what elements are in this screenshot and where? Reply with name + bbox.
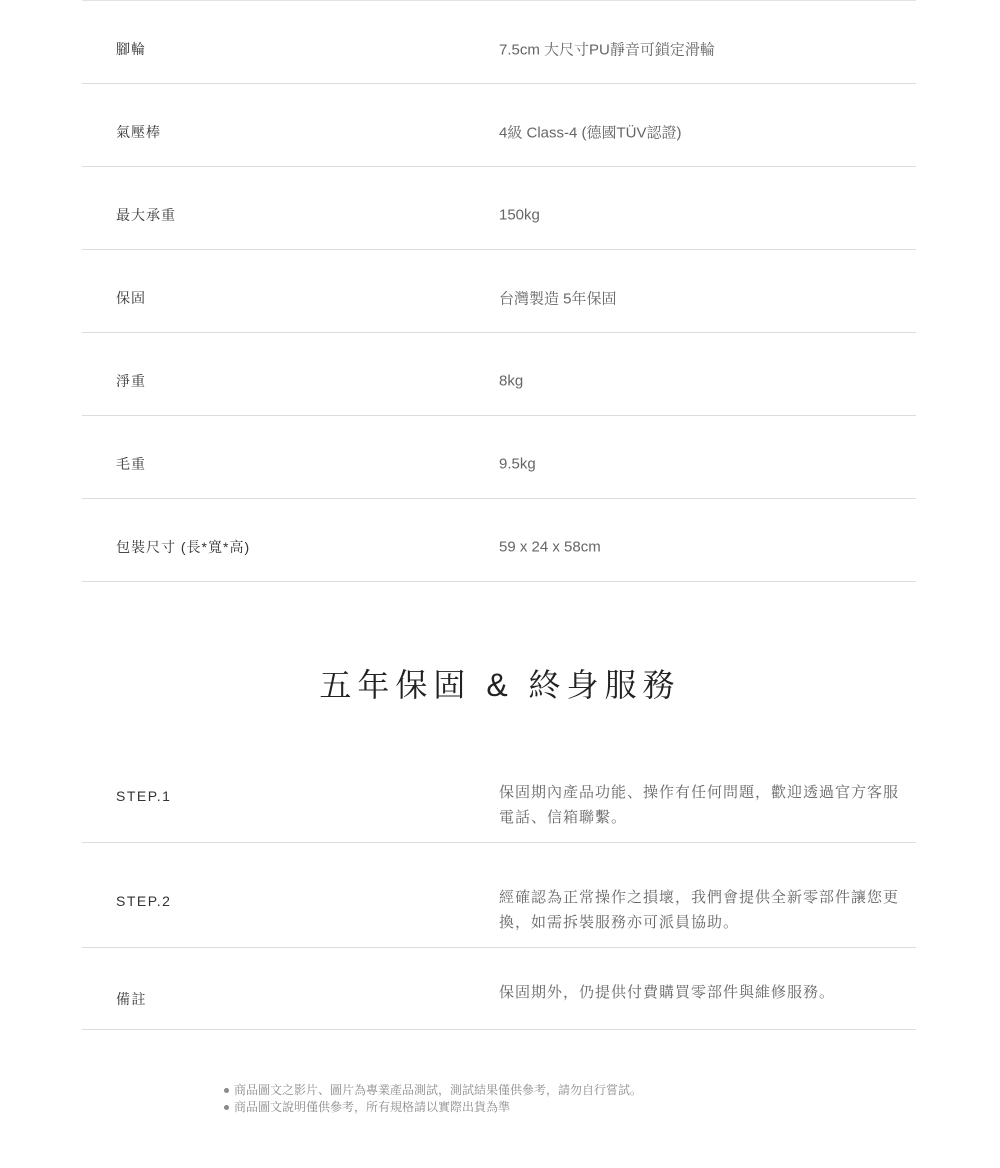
- spec-label: 保固: [116, 288, 146, 308]
- service-label: STEP.2: [116, 893, 171, 909]
- spec-label: 腳輪: [116, 39, 146, 59]
- service-value: 保固期外，仍提供付費購買零部件與維修服務。: [499, 980, 899, 1005]
- spec-value: 4級 Class-4 (德國TÜV認證): [499, 122, 682, 143]
- spec-row-warranty: 保固 台灣製造 5年保固: [82, 250, 916, 333]
- spec-label: 淨重: [116, 371, 146, 391]
- spec-row-net-weight: 淨重 8kg: [82, 333, 916, 416]
- spec-label: 包裝尺寸 (長*寬*高): [116, 537, 250, 557]
- spec-value: 150kg: [499, 207, 540, 224]
- spec-label: 最大承重: [116, 205, 176, 225]
- service-row-step1: STEP.1 保固期內產品功能、操作有任何問題，歡迎透過官方客服電話、信箱聯繫。: [82, 760, 916, 843]
- bullet-icon: [224, 1105, 229, 1110]
- service-label: STEP.1: [116, 788, 171, 804]
- spec-value: 9.5kg: [499, 456, 536, 473]
- service-value: 經確認為正常操作之損壞，我們會提供全新零部件讓您更換，如需拆裝服務亦可派員協助。: [499, 885, 899, 935]
- warranty-section-title: 五年保固 & 終身服務: [0, 660, 1000, 706]
- spec-label: 氣壓棒: [116, 122, 161, 142]
- spec-row-gas-lift: 氣壓棒 4級 Class-4 (德國TÜV認證): [82, 84, 916, 167]
- spec-table: 腳輪 7.5cm 大尺寸PU靜音可鎖定滑輪 氣壓棒 4級 Class-4 (德國…: [82, 0, 916, 582]
- footnote-item: 商品圖文說明僅供參考，所有規格請以實際出貨為準: [224, 1099, 642, 1116]
- spec-value: 8kg: [499, 373, 523, 390]
- spec-row-max-load: 最大承重 150kg: [82, 167, 916, 250]
- spec-row-gross-weight: 毛重 9.5kg: [82, 416, 916, 499]
- bullet-icon: [224, 1088, 229, 1093]
- service-label: 備註: [116, 989, 147, 1009]
- spec-value: 台灣製造 5年保固: [499, 288, 617, 309]
- footnotes: 商品圖文之影片、圖片為專業產品測試，測試結果僅供參考，請勿自行嘗試。 商品圖文說…: [224, 1082, 642, 1116]
- warranty-service-table: STEP.1 保固期內產品功能、操作有任何問題，歡迎透過官方客服電話、信箱聯繫。…: [82, 760, 916, 1030]
- footnote-text: 商品圖文之影片、圖片為專業產品測試，測試結果僅供參考，請勿自行嘗試。: [234, 1083, 642, 1097]
- spec-value: 59 x 24 x 58cm: [499, 539, 601, 556]
- service-row-note: 備註 保固期外，仍提供付費購買零部件與維修服務。: [82, 948, 916, 1030]
- spec-row-package-size: 包裝尺寸 (長*寬*高) 59 x 24 x 58cm: [82, 499, 916, 582]
- spec-row-casters: 腳輪 7.5cm 大尺寸PU靜音可鎖定滑輪: [82, 1, 916, 84]
- spec-value: 7.5cm 大尺寸PU靜音可鎖定滑輪: [499, 39, 715, 60]
- spec-label: 毛重: [116, 454, 146, 474]
- footnote-text: 商品圖文說明僅供參考，所有規格請以實際出貨為準: [234, 1100, 510, 1114]
- service-row-step2: STEP.2 經確認為正常操作之損壞，我們會提供全新零部件讓您更換，如需拆裝服務…: [82, 843, 916, 948]
- service-value: 保固期內產品功能、操作有任何問題，歡迎透過官方客服電話、信箱聯繫。: [499, 780, 899, 830]
- footnote-item: 商品圖文之影片、圖片為專業產品測試，測試結果僅供參考，請勿自行嘗試。: [224, 1082, 642, 1099]
